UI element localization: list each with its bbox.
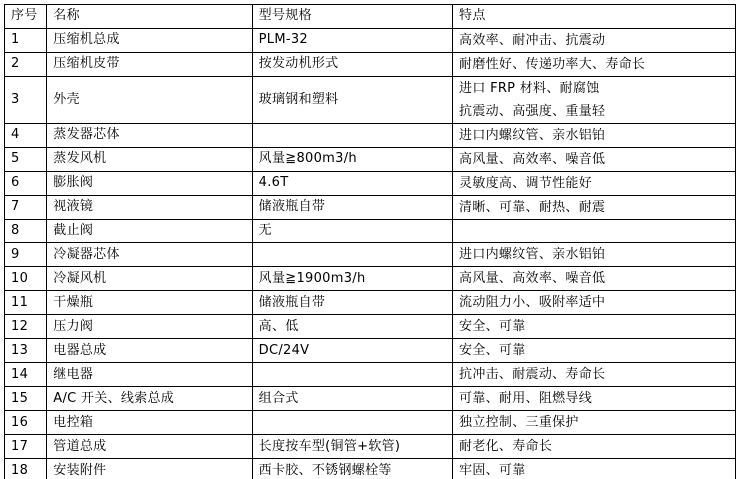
cell-spec: 储液瓶自带 — [252, 291, 452, 315]
cell-spec — [252, 363, 452, 387]
table-row: 14继电器抗冲击、耐震动、寿命长 — [5, 363, 736, 387]
cell-name: A/C 开关、线索总成 — [47, 387, 252, 411]
cell-spec — [252, 243, 452, 267]
cell-name: 压力阀 — [47, 315, 252, 339]
table-row: 9冷凝器芯体进口内螺纹管、亲水铝铂 — [5, 243, 736, 267]
table-row: 2压缩机皮带按发动机形式耐磨性好、传递功率大、寿命长 — [5, 52, 736, 76]
cell-name: 蒸发风机 — [47, 147, 252, 171]
table-row: 5蒸发风机风量≧800m3/h高风量、高效率、噪音低 — [5, 147, 736, 171]
feature-line: 牢固、可靠 — [459, 459, 735, 479]
table-row: 8截止阀无 — [5, 219, 736, 243]
cell-name: 蒸发器芯体 — [47, 123, 252, 147]
cell-spec: 储液瓶自带 — [252, 195, 452, 219]
cell-name: 压缩机皮带 — [47, 52, 252, 76]
cell-no: 10 — [5, 267, 47, 291]
cell-no: 14 — [5, 363, 47, 387]
feature-line: 安全、可靠 — [459, 339, 735, 362]
header-row: 序号 名称 型号规格 特点 — [5, 5, 736, 29]
table-row: 13电器总成DC/24V安全、可靠 — [5, 339, 736, 363]
cell-spec: 组合式 — [252, 387, 452, 411]
cell-name: 安装附件 — [47, 459, 252, 479]
cell-features: 抗冲击、耐震动、寿命长 — [453, 363, 736, 387]
cell-name: 冷凝风机 — [47, 267, 252, 291]
cell-features: 安全、可靠 — [453, 339, 736, 363]
cell-spec: 4.6T — [252, 171, 452, 195]
header-spec: 型号规格 — [252, 5, 452, 29]
cell-no: 9 — [5, 243, 47, 267]
feature-line: 流动阻力小、吸附率适中 — [459, 291, 735, 314]
table-row: 15A/C 开关、线索总成组合式可靠、耐用、阻燃导线 — [5, 387, 736, 411]
header-no: 序号 — [5, 5, 47, 29]
table-row: 7视液镜储液瓶自带清晰、可靠、耐热、耐震 — [5, 195, 736, 219]
cell-features: 耐磨性好、传递功率大、寿命长 — [453, 52, 736, 76]
feature-line: 进口内螺纹管、亲水铝铂 — [459, 124, 735, 147]
cell-features: 清晰、可靠、耐热、耐震 — [453, 195, 736, 219]
cell-features: 流动阻力小、吸附率适中 — [453, 291, 736, 315]
cell-features: 高风量、高效率、噪音低 — [453, 267, 736, 291]
cell-spec: PLM-32 — [252, 28, 452, 52]
cell-no: 12 — [5, 315, 47, 339]
cell-name: 干燥瓶 — [47, 291, 252, 315]
cell-features: 安全、可靠 — [453, 315, 736, 339]
cell-spec: 按发动机形式 — [252, 52, 452, 76]
feature-line: 可靠、耐用、阻燃导线 — [459, 387, 735, 410]
feature-line: 高效率、耐冲击、抗震动 — [459, 29, 735, 52]
feature-line: 安全、可靠 — [459, 315, 735, 338]
table-row: 1压缩机总成PLM-32高效率、耐冲击、抗震动 — [5, 28, 736, 52]
cell-features: 可靠、耐用、阻燃导线 — [453, 387, 736, 411]
cell-features: 独立控制、三重保护 — [453, 411, 736, 435]
cell-no: 3 — [5, 76, 47, 123]
cell-spec: 风量≧1900m3/h — [252, 267, 452, 291]
cell-spec: 风量≧800m3/h — [252, 147, 452, 171]
table-row: 10冷凝风机风量≧1900m3/h高风量、高效率、噪音低 — [5, 267, 736, 291]
cell-features — [453, 219, 736, 243]
cell-name: 管道总成 — [47, 435, 252, 459]
table-row: 4蒸发器芯体进口内螺纹管、亲水铝铂 — [5, 123, 736, 147]
cell-name: 外壳 — [47, 76, 252, 123]
table-row: 18安装附件西卡胶、不锈钢螺栓等牢固、可靠 — [5, 459, 736, 479]
cell-name: 电控箱 — [47, 411, 252, 435]
cell-name: 截止阀 — [47, 219, 252, 243]
feature-line: 高风量、高效率、噪音低 — [459, 267, 735, 290]
cell-no: 8 — [5, 219, 47, 243]
feature-line: 抗冲击、耐震动、寿命长 — [459, 363, 735, 386]
cell-name: 电器总成 — [47, 339, 252, 363]
cell-spec: DC/24V — [252, 339, 452, 363]
feature-line: 耐老化、寿命长 — [459, 435, 735, 458]
cell-features: 进口 FRP 材料、耐腐蚀抗震动、高强度、重量轻 — [453, 76, 736, 123]
feature-line: 进口内螺纹管、亲水铝铂 — [459, 243, 735, 266]
cell-name: 膨胀阀 — [47, 171, 252, 195]
table-row: 17管道总成长度按车型(铜管+软管)耐老化、寿命长 — [5, 435, 736, 459]
cell-features: 灵敏度高、调节性能好 — [453, 171, 736, 195]
table-row: 6膨胀阀4.6T灵敏度高、调节性能好 — [5, 171, 736, 195]
cell-no: 17 — [5, 435, 47, 459]
cell-no: 5 — [5, 147, 47, 171]
cell-features: 牢固、可靠 — [453, 459, 736, 479]
feature-line: 灵敏度高、调节性能好 — [459, 172, 735, 195]
cell-no: 11 — [5, 291, 47, 315]
component-spec-table: 序号 名称 型号规格 特点 1压缩机总成PLM-32高效率、耐冲击、抗震动2压缩… — [4, 4, 736, 479]
table-row: 12压力阀高、低安全、可靠 — [5, 315, 736, 339]
feature-line: 独立控制、三重保护 — [459, 411, 735, 434]
cell-no: 13 — [5, 339, 47, 363]
table-body: 序号 名称 型号规格 特点 1压缩机总成PLM-32高效率、耐冲击、抗震动2压缩… — [5, 5, 736, 479]
cell-name: 继电器 — [47, 363, 252, 387]
cell-spec: 玻璃钢和塑料 — [252, 76, 452, 123]
header-name: 名称 — [47, 5, 252, 29]
table-row: 11干燥瓶储液瓶自带流动阻力小、吸附率适中 — [5, 291, 736, 315]
cell-no: 6 — [5, 171, 47, 195]
cell-no: 15 — [5, 387, 47, 411]
header-features: 特点 — [453, 5, 736, 29]
cell-name: 视液镜 — [47, 195, 252, 219]
cell-features: 高风量、高效率、噪音低 — [453, 147, 736, 171]
cell-spec: 西卡胶、不锈钢螺栓等 — [252, 459, 452, 479]
cell-features: 进口内螺纹管、亲水铝铂 — [453, 123, 736, 147]
cell-no: 4 — [5, 123, 47, 147]
cell-spec — [252, 123, 452, 147]
feature-line: 抗震动、高强度、重量轻 — [459, 100, 735, 123]
table-row: 3外壳玻璃钢和塑料进口 FRP 材料、耐腐蚀抗震动、高强度、重量轻 — [5, 76, 736, 123]
feature-line: 清晰、可靠、耐热、耐震 — [459, 196, 735, 219]
cell-spec — [252, 411, 452, 435]
cell-no: 18 — [5, 459, 47, 479]
feature-line: 耐磨性好、传递功率大、寿命长 — [459, 53, 735, 76]
cell-no: 1 — [5, 28, 47, 52]
cell-no: 16 — [5, 411, 47, 435]
feature-line: 进口 FRP 材料、耐腐蚀 — [459, 77, 735, 100]
cell-name: 压缩机总成 — [47, 28, 252, 52]
cell-no: 2 — [5, 52, 47, 76]
cell-features: 进口内螺纹管、亲水铝铂 — [453, 243, 736, 267]
feature-line: 高风量、高效率、噪音低 — [459, 148, 735, 171]
cell-spec: 长度按车型(铜管+软管) — [252, 435, 452, 459]
table-row: 16电控箱独立控制、三重保护 — [5, 411, 736, 435]
cell-features: 高效率、耐冲击、抗震动 — [453, 28, 736, 52]
cell-spec: 高、低 — [252, 315, 452, 339]
cell-name: 冷凝器芯体 — [47, 243, 252, 267]
cell-no: 7 — [5, 195, 47, 219]
cell-spec: 无 — [252, 219, 452, 243]
cell-features: 耐老化、寿命长 — [453, 435, 736, 459]
